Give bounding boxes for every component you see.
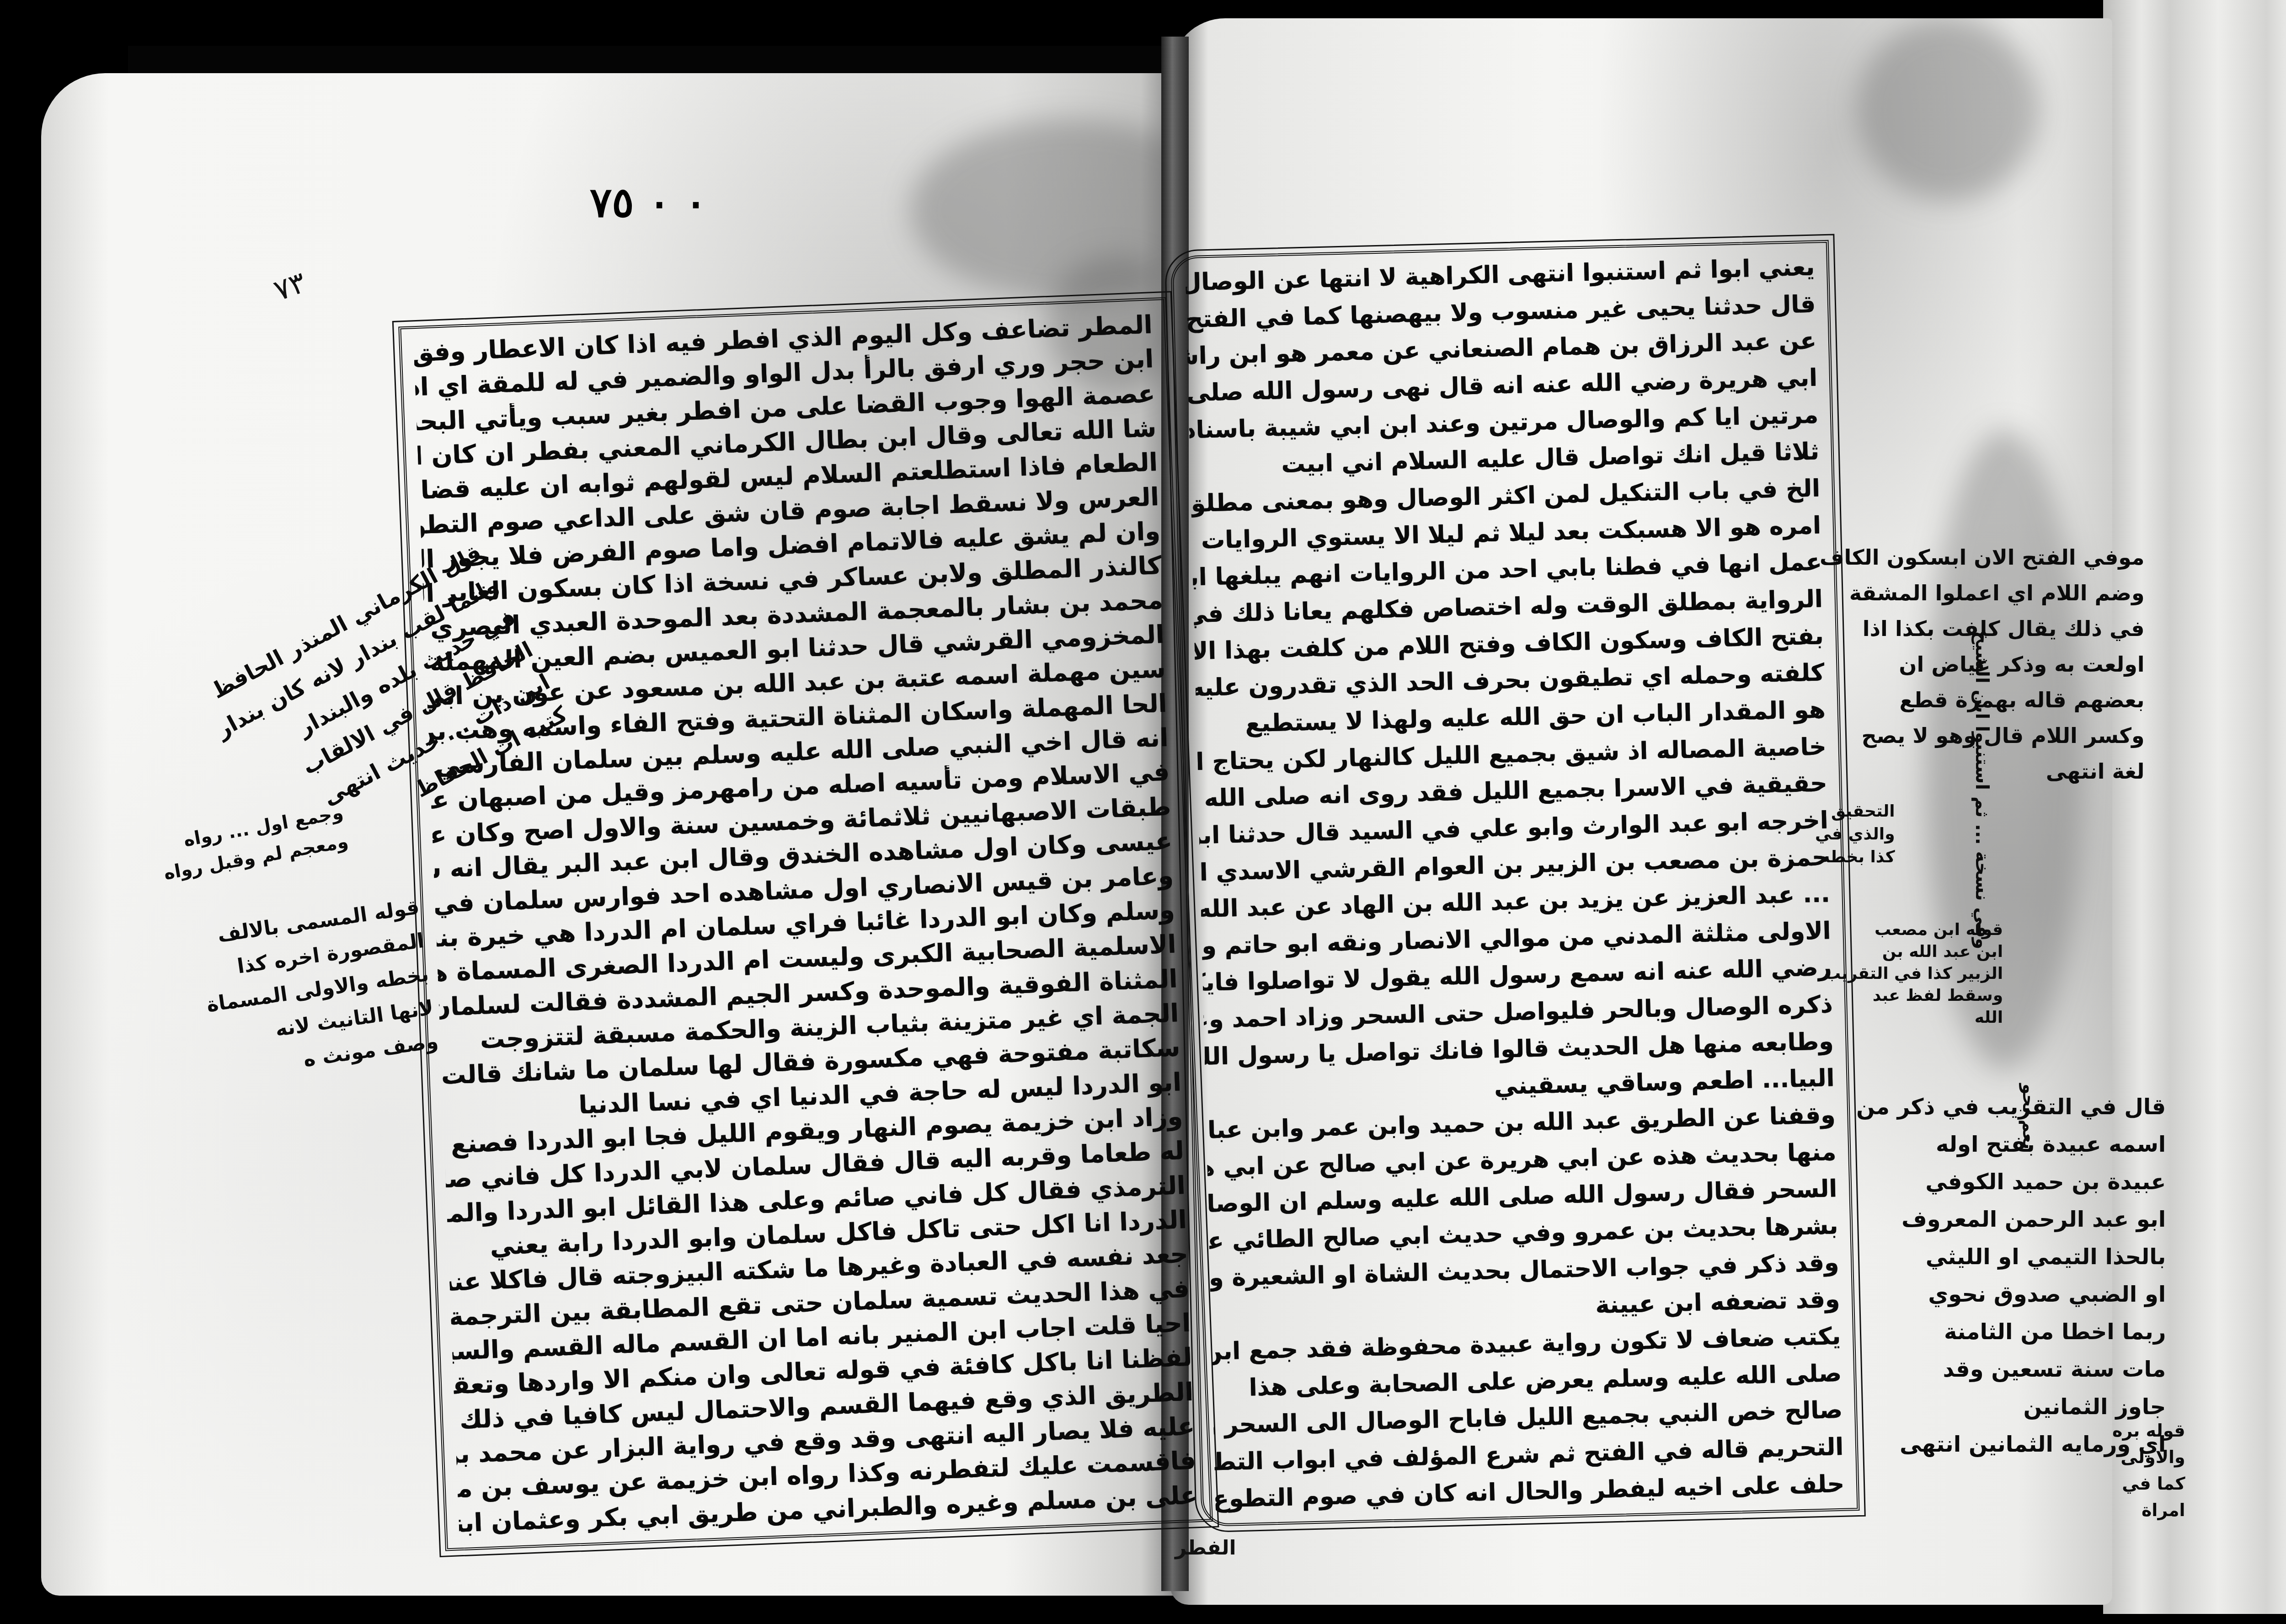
manuscript-line: وقد ذكر في جواب الاحتمال بحديث الشاة او … [1210, 1248, 1839, 1293]
manuscript-line: حقيقية في الاسرا بجميع الليل فقد روى انه… [1198, 768, 1827, 814]
margin-note-line: كما في [2112, 1470, 2185, 1497]
manuscript-line: صلى الله عليه وسلم يعرض على الصحابة وعلى… [1212, 1358, 1842, 1404]
manuscript-line: البيا... اطعم وساقي يسقيني [1205, 1063, 1835, 1109]
margin-note-line: قوله بره [2112, 1417, 2185, 1444]
catchword: الفطر [1175, 1536, 1236, 1560]
right-margin-note-small: التحقيقوالذي فيكذا بخطه [1815, 800, 1895, 869]
left-page-text-block: المطر تضاعف وكل اليوم الذي افطر فيه اذا … [398, 297, 1213, 1551]
margin-note-line: والذي في [1815, 823, 1895, 846]
manuscript-line: بفتح الكاف وسكون الكاف وفتح اللام من كلف… [1194, 621, 1824, 667]
right-page-lines: يعني ابوا ثم استنبوا انتهى الكراهية لا ا… [1186, 252, 1845, 1515]
manuscript-line: خاصية المصاله اذ شيق بجميع الليل كالنهار… [1197, 732, 1827, 777]
right-margin-vertical-note: وفي نسخة ... ثم استنبوا ابن الشيخ [1971, 631, 1993, 949]
margin-note-line: موفي الفتح الان ابسكون الكاف [1820, 540, 2145, 575]
manuscript-line: السحر فقال رسول الله صلى الله عليه وسلم … [1208, 1174, 1837, 1219]
margin-note-line: قال في التقريب في ذكر من [1856, 1088, 2166, 1126]
manuscript-line: يعني ابوا ثم استنبوا انتهى الكراهية لا ا… [1186, 252, 1815, 298]
manuscript-line: صالح خص النبي بجميع الليل فاباح الوصال ا… [1213, 1395, 1843, 1441]
left-page-lines: المطر تضاعف وكل اليوم الذي افطر فيه اذا … [413, 310, 1198, 1539]
margin-note-line: بالحذا التيمي او الليثي [1856, 1238, 2166, 1276]
manuscript-line: وطابعه منها هل الحديث قالوا فانك تواصل ي… [1204, 1026, 1834, 1072]
margin-note-line: الزبير كذا في التقريب [1824, 963, 2003, 985]
manuscript-line: منها بحديث هذه عن ابي هريرة عن ابي صالح … [1207, 1137, 1837, 1183]
manuscript-line: وقفنا عن الطريق عبد الله بن حميد وابن عم… [1206, 1100, 1836, 1146]
left-margin-note-lower: قوله المسمى بالالفالمقصورة اخره كذابخطه … [195, 891, 441, 1090]
manuscript-line: مرتين ايا كم والوصال مرتين وعند ابن ابي … [1189, 400, 1819, 445]
margin-note-line: التحقيق [1815, 800, 1895, 823]
margin-note-line: وسقط لفظ عبد [1824, 985, 2003, 1007]
manuscript-line: اخرجه ابو عبد الوارث وابو علي في السيد ق… [1199, 805, 1828, 851]
margin-note-line: اسمه عبيدة بفتح اوله [1856, 1126, 2166, 1163]
margin-note-line: الله [1824, 1007, 2003, 1029]
margin-note-line: ربما اخطا من الثامنة [1856, 1313, 2166, 1351]
manuscript-line: عن عبد الرزاق بن همام الصنعاني عن معمر ه… [1187, 326, 1817, 372]
manuscript-line: رضي الله عنه انه سمع رسول الله يقول لا ت… [1202, 953, 1832, 999]
manuscript-line: الخ في باب التنكيل لمن اكثر الوصال وهو ب… [1191, 473, 1820, 519]
right-margin-note-lower: قال في التقريب في ذكر مناسمه عبيدة بفتح … [1856, 1088, 2166, 1463]
manuscript-line: ابي هريرة رضي الله عنه انه قال نهى رسول … [1188, 363, 1818, 408]
manuscript-line: ذكره الوصال وبالحر فليواصل حتى السحر وزا… [1203, 989, 1833, 1035]
manuscript-line: امره هو الا هسبكت بعد ليلا ثم ليلا الا ي… [1191, 510, 1821, 556]
manuscript-line: ثلاثا قيل انك تواصل قال عليه السلام اني … [1190, 437, 1819, 482]
manuscript-line: الرواية بمطلق الوقت وله اختصاص فكلهم يعا… [1193, 584, 1823, 630]
manuscript-line: بشرها بحديث بن عمرو وفي حديث ابي صالح ال… [1209, 1211, 1838, 1256]
margin-note-line: ابو عبد الرحمن المعروف [1856, 1201, 2166, 1238]
manuscript-line: حلف على اخيه ليفطر والحال انه كان في صوم… [1215, 1469, 1845, 1514]
manuscript-line: يكتب ضعاف لا تكون رواية عبيدة محفوظة فقد… [1212, 1321, 1841, 1367]
margin-note-line: كذا بخطه [1815, 846, 1895, 869]
manuscript-line: حمزة بن مصعب بن الزبير بن العوام القرشي … [1200, 842, 1829, 888]
outer-edge-note: قوله برهوالاولىكما فيامراة [2112, 1417, 2185, 1523]
manuscript-line: قال حدثنا يحيى غير منسوب ولا بيهصنها كما… [1186, 289, 1816, 335]
margin-note-line: والاولى [2112, 1444, 2185, 1470]
manuscript-line: ... عبد العزيز عن يزيد بن عبد الله بن ال… [1201, 879, 1830, 924]
manuscript-line: الاولى مثلثة المدني من موالي الانصار ونق… [1202, 916, 1831, 962]
right-page-text-block: يعني ابوا ثم استنبوا انتهى الكراهية لا ا… [1170, 240, 1859, 1527]
right-margin-vertical-note-lower: نعم بحو [2019, 1084, 2039, 1149]
manuscript-line: التحريم قاله في الفتح ثم شرع المؤلف في ا… [1214, 1432, 1844, 1478]
margin-note-line: امراة [2112, 1497, 2185, 1523]
manuscript-line: عمل انها في فطنا بابي احد من الروايات ان… [1192, 547, 1822, 593]
margin-note-line: عبيدة بن حميد الكوفي [1856, 1163, 2166, 1201]
water-stain [1856, 18, 2039, 201]
manuscript-line: هو المقدار الباب ان حق الله عليه ولهذا ل… [1196, 694, 1826, 740]
manuscript-line: كلفته وحمله اي تطيقون بحرف الحد الذي تقد… [1195, 658, 1825, 704]
margin-note-line: وضم اللام اي اعملوا المشقة [1820, 575, 2145, 611]
stamped-page-number: ٠ ٠ ٧٥ [590, 178, 707, 227]
manuscript-line: وقد تضعفه ابن عيينة [1211, 1284, 1840, 1330]
margin-note-line: مات سنة تسعين وقد [1856, 1351, 2166, 1388]
margin-note-line: او الضبي صدوق نحوي [1856, 1276, 2166, 1313]
